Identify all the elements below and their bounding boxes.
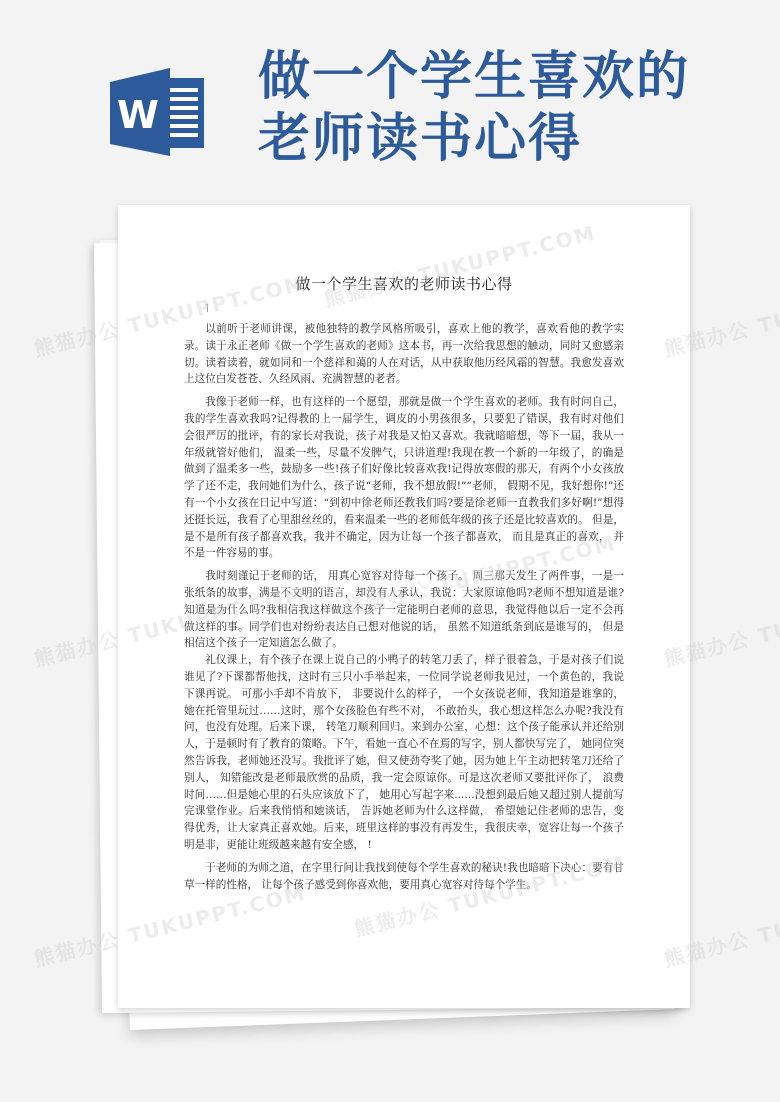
document-page: 做一个学生喜欢的老师读书心得 ⌉ 以前听于老师讲课，被他独特的教学风格所吸引，喜…	[118, 205, 690, 1008]
paragraph: 我时刻谨记于老师的话， 用真心宽容对待每一个孩子。 周三那天发生了两件事，一是一…	[184, 568, 624, 652]
paragraph: 于老师的为师之道，在字里行间让我找到使每个学生喜欢的秘诀!我也暗暗下决心：要有甘…	[184, 860, 624, 894]
paragraph: 以前听于老师讲课，被他独特的教学风格所吸引，喜欢上他的教学，喜欢看他的教学实录。…	[184, 321, 624, 388]
page-stack: 做一个学生喜欢的老师读书心得 ⌉ 以前听于老师讲课，被他独特的教学风格所吸引，喜…	[0, 0, 780, 1102]
paragraph: 我像于老师一样，也有这样的一个愿望，那就是做一个学生喜欢的老师。我有时问自己，我…	[184, 394, 624, 562]
paragraph: 礼仪课上，有个孩子在课上说自己的小鸭子的转笔刀丢了，样子很着急，于是对孩子们说谁…	[184, 652, 624, 854]
document-title: 做一个学生喜欢的老师读书心得	[118, 273, 690, 294]
paragraph-mark: ⌉	[205, 304, 209, 314]
document-body: 以前听于老师讲课，被他独特的教学风格所吸引，喜欢上他的教学，喜欢看他的教学实录。…	[184, 321, 624, 899]
